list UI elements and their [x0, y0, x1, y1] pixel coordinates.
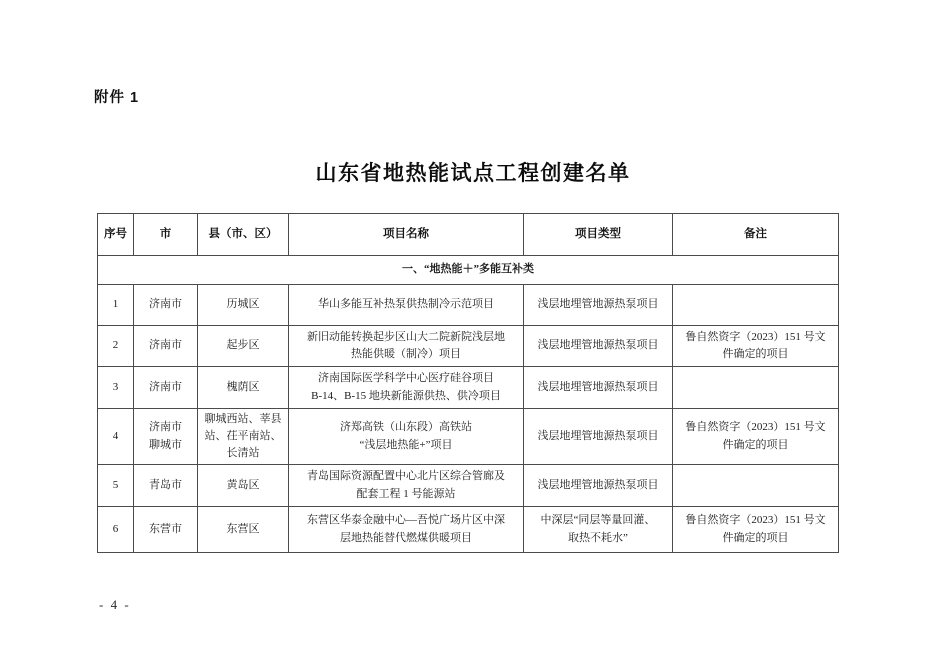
column-header-remarks: 备注: [673, 214, 839, 256]
table-header-row: 序号 市 县（市、区） 项目名称 项目类型 备注: [98, 214, 839, 256]
table-row: 6 东营市 东营区 东营区华泰金融中心—吾悦广场片区中深 层地热能替代燃煤供暖项…: [98, 507, 839, 553]
attachment-label: 附件 1: [94, 86, 139, 107]
cell-remarks: [673, 465, 839, 507]
cell-city: 济南市: [134, 326, 198, 367]
table-row: 2 济南市 起步区 新旧动能转换起步区山大二院新院浅层地 热能供暖（制冷）项目 …: [98, 326, 839, 367]
column-header-project-type: 项目类型: [524, 214, 673, 256]
page-number: - 4 -: [99, 597, 131, 613]
table-row: 5 青岛市 黄岛区 青岛国际资源配置中心北片区综合管廊及 配套工程 1 号能源站…: [98, 465, 839, 507]
table-section-row: 一、“地热能＋”多能互补类: [98, 256, 839, 285]
project-table: 序号 市 县（市、区） 项目名称 项目类型 备注 一、“地热能＋”多能互补类 1…: [97, 213, 839, 553]
cell-project-type: 浅层地埋管地源热泵项目: [524, 465, 673, 507]
column-header-city: 市: [134, 214, 198, 256]
table-row: 1 济南市 历城区 华山多能互补热泵供热制冷示范项目 浅层地埋管地源热泵项目: [98, 285, 839, 326]
cell-project-name: 新旧动能转换起步区山大二院新院浅层地 热能供暖（制冷）项目: [289, 326, 524, 367]
cell-remarks: 鲁自然资字（2023）151 号文 件确定的项目: [673, 326, 839, 367]
cell-city: 东营市: [134, 507, 198, 553]
cell-remarks: [673, 285, 839, 326]
column-header-county: 县（市、区）: [198, 214, 289, 256]
cell-project-type: 浅层地埋管地源热泵项目: [524, 326, 673, 367]
table-row: 4 济南市 聊城市 聊城西站、莘县 站、茌平南站、 长清站 济郑高铁（山东段）高…: [98, 409, 839, 465]
cell-remarks: 鲁自然资字（2023）151 号文 件确定的项目: [673, 507, 839, 553]
cell-remarks: 鲁自然资字（2023）151 号文 件确定的项目: [673, 409, 839, 465]
cell-project-name: 青岛国际资源配置中心北片区综合管廊及 配套工程 1 号能源站: [289, 465, 524, 507]
cell-city: 济南市: [134, 367, 198, 409]
cell-project-name: 东营区华泰金融中心—吾悦广场片区中深 层地热能替代燃煤供暖项目: [289, 507, 524, 553]
cell-city: 济南市: [134, 285, 198, 326]
cell-project-name: 华山多能互补热泵供热制冷示范项目: [289, 285, 524, 326]
cell-county: 槐荫区: [198, 367, 289, 409]
cell-index: 5: [98, 465, 134, 507]
cell-remarks: [673, 367, 839, 409]
project-table-container: 序号 市 县（市、区） 项目名称 项目类型 备注 一、“地热能＋”多能互补类 1…: [97, 213, 838, 553]
document-page: 附件 1 山东省地热能试点工程创建名单 序号 市 县（市、区） 项目名称 项目类…: [0, 0, 946, 657]
cell-project-type: 浅层地埋管地源热泵项目: [524, 409, 673, 465]
cell-county: 起步区: [198, 326, 289, 367]
cell-index: 4: [98, 409, 134, 465]
cell-index: 1: [98, 285, 134, 326]
column-header-project-name: 项目名称: [289, 214, 524, 256]
cell-project-type: 浅层地埋管地源热泵项目: [524, 285, 673, 326]
section-header: 一、“地热能＋”多能互补类: [98, 256, 839, 285]
cell-project-type: 中深层“同层等量回灌、 取热不耗水”: [524, 507, 673, 553]
cell-county: 黄岛区: [198, 465, 289, 507]
cell-county: 东营区: [198, 507, 289, 553]
table-row: 3 济南市 槐荫区 济南国际医学科学中心医疗硅谷项目 B-14、B-15 地块新…: [98, 367, 839, 409]
cell-city: 青岛市: [134, 465, 198, 507]
cell-index: 3: [98, 367, 134, 409]
cell-project-name: 济郑高铁（山东段）高铁站 “浅层地热能+”项目: [289, 409, 524, 465]
cell-city: 济南市 聊城市: [134, 409, 198, 465]
cell-index: 2: [98, 326, 134, 367]
cell-county: 聊城西站、莘县 站、茌平南站、 长清站: [198, 409, 289, 465]
cell-county: 历城区: [198, 285, 289, 326]
cell-project-type: 浅层地埋管地源热泵项目: [524, 367, 673, 409]
page-title: 山东省地热能试点工程创建名单: [0, 157, 946, 187]
cell-index: 6: [98, 507, 134, 553]
cell-project-name: 济南国际医学科学中心医疗硅谷项目 B-14、B-15 地块新能源供热、供冷项目: [289, 367, 524, 409]
column-header-index: 序号: [98, 214, 134, 256]
